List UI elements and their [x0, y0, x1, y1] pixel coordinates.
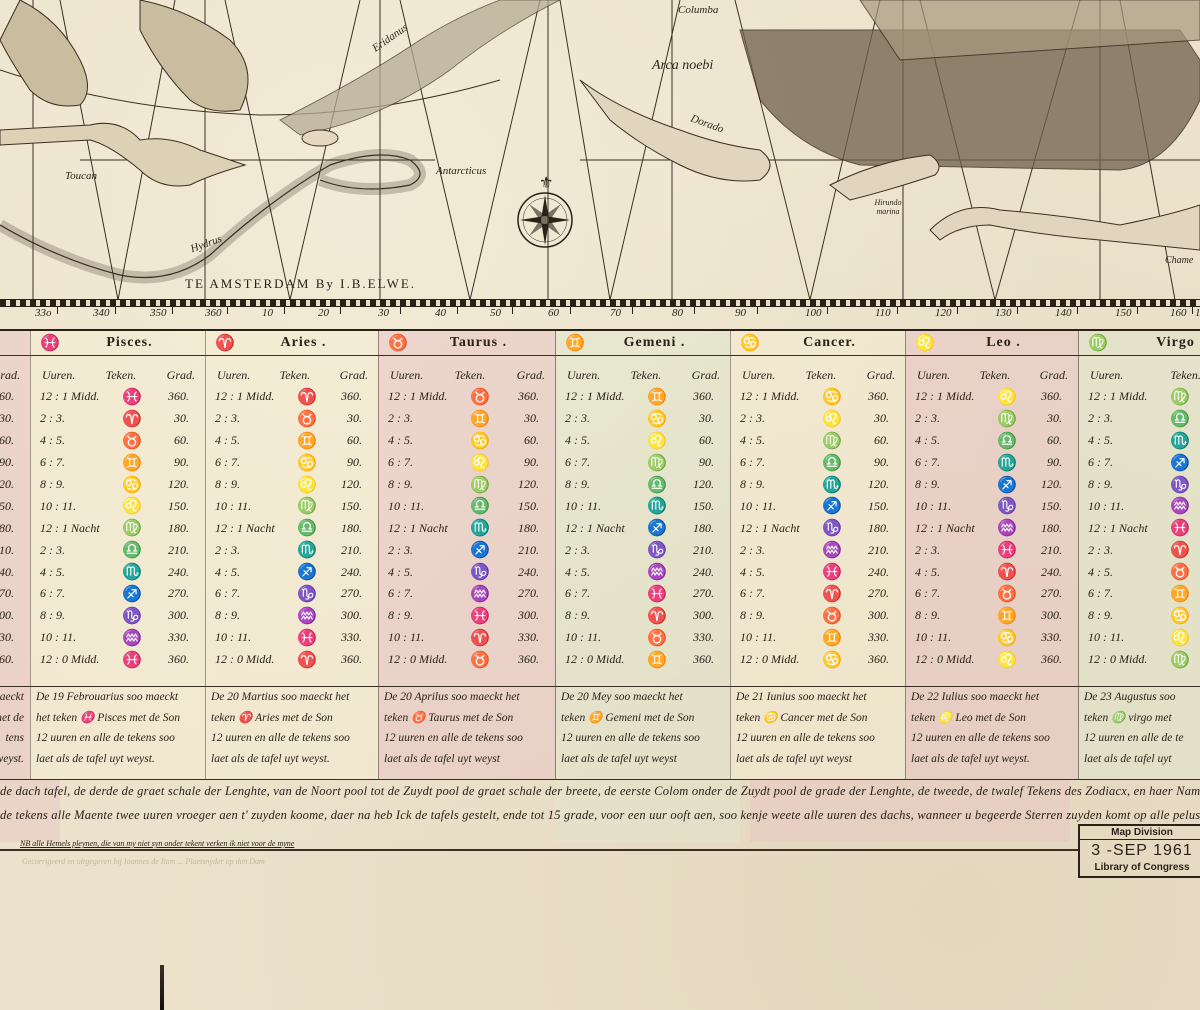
subheader-label: Grad. — [340, 368, 368, 384]
note-line: 12 uuren en alle de tekens soo — [36, 728, 199, 749]
table-row: 2 : 3.♋30. — [565, 408, 722, 430]
degree-cell: 210. — [1027, 543, 1070, 558]
zodiac-sign-icon: ♑ — [460, 562, 500, 582]
hours-cell: 12 : 1 Nacht — [1088, 521, 1160, 536]
subheader-label: Uuren. — [567, 368, 600, 384]
degree-cell: 30. — [500, 411, 547, 426]
note-line: 12 uuren en alle de tekens soo — [911, 728, 1072, 749]
degree-cell: 30. — [327, 411, 370, 426]
zodiac-sign-icon: ♈ — [637, 606, 677, 626]
hours-cell: 4 : 5. — [915, 565, 987, 580]
table-row: 2 : 3.♊30. — [388, 408, 547, 430]
hours-cell: 12 : 1 Nacht — [915, 521, 987, 536]
column-subheader: Uuren.Teken.Grad. — [555, 356, 730, 384]
table-row: 10 : 11.♒330. — [40, 627, 197, 649]
compass-rose-icon: ⚜ — [518, 175, 572, 247]
zodiac-sign-icon: ♉ — [287, 409, 327, 429]
zodiac-sign-icon: ♉ — [812, 606, 852, 626]
note-line: teken ♍ virgo met — [1084, 708, 1200, 729]
hours-cell: 12 : 1 Nacht — [565, 521, 637, 536]
hours-cell: 8 : 9. — [565, 608, 637, 623]
table-row: 4 : 5.♌60. — [565, 430, 722, 452]
table-row: 12 : 1 Nacht♏180. — [388, 517, 547, 539]
degree-cell: 180. — [152, 521, 197, 536]
table-row: 10 : 11.♑150. — [915, 495, 1070, 517]
table-row: 4 : 5.♊60. — [215, 430, 370, 452]
zodiac-column: ♍Virgo .Uuren.Teken.12 : 1 Midd.♍2 : 3.♎… — [1078, 331, 1200, 779]
hours-cell: 4 : 5. — [215, 433, 287, 448]
scale-tick — [1017, 306, 1018, 314]
degree-cell: 360. — [1027, 389, 1070, 404]
table-row: 6 : 7.♋90. — [215, 452, 370, 474]
hours-cell: 8 : 9. — [740, 608, 812, 623]
table-row: 12 : 1 Nacht♎180. — [215, 517, 370, 539]
degree-cell: 30. — [152, 411, 197, 426]
zodiac-sign-icon: ♋ — [987, 628, 1027, 648]
hours-cell: 12 : 1 Midd. — [565, 389, 637, 404]
degree-cell: 330. — [1027, 630, 1070, 645]
hours-cell: 2 : 3. — [40, 543, 112, 558]
note-line: 12 uuren en alle de tekens soo — [211, 728, 372, 749]
zodiac-sign-icon: ♍ — [112, 518, 152, 538]
note-line: maeckt — [0, 687, 24, 708]
hours-cell: 10 : 11. — [915, 499, 987, 514]
hours-cell: 6 : 7. — [1088, 455, 1160, 470]
degree-cell: 210. — [327, 543, 370, 558]
scale-label: 17 — [1195, 307, 1200, 319]
hours-cell: 10 : 11. — [915, 630, 987, 645]
degree-cell: 90. — [152, 455, 197, 470]
table-row: 8 : 9.♓300. — [388, 605, 547, 627]
explanation-line-1: de dach tafel, de derde de graet schale … — [0, 784, 1200, 799]
scale-label: 120 — [935, 307, 952, 319]
degree-cell: 240. — [852, 565, 897, 580]
note-line: De 19 Febrouarius soo maeckt — [36, 687, 199, 708]
table-row: 270. — [0, 583, 22, 605]
table-row: 10 : 11.♉330. — [565, 627, 722, 649]
zodiac-sign-icon: ♌ — [915, 333, 949, 353]
zodiac-sign-icon: ♈ — [287, 387, 327, 407]
table-row: 210. — [0, 539, 22, 561]
note-line: teken ♌ Leo met de Son — [911, 708, 1072, 729]
hours-cell: 10 : 11. — [740, 630, 812, 645]
degree-cell: 150. — [677, 499, 722, 514]
zodiac-sign-icon: ♏ — [287, 540, 327, 560]
zodiac-sign-icon: ♐ — [112, 584, 152, 604]
column-subheader: Grad. — [0, 356, 30, 384]
hours-cell: 12 : 1 Midd. — [215, 389, 287, 404]
note-line: teken ♈ Aries met de Son — [211, 708, 372, 729]
degree-cell: 360. — [852, 652, 897, 667]
zodiac-sign-icon: ♍ — [1160, 387, 1200, 407]
subheader-label: Teken. — [106, 368, 137, 384]
hours-cell: 4 : 5. — [565, 565, 637, 580]
zodiac-sign-icon: ♉ — [637, 628, 677, 648]
hours-cell: 12 : 1 Midd. — [40, 389, 112, 404]
table-row: 300. — [0, 605, 22, 627]
scale-tick — [632, 306, 633, 314]
zodiac-sign-icon: ♏ — [460, 518, 500, 538]
table-row: 8 : 9.♏120. — [740, 474, 897, 496]
table-row: 4 : 5.♓240. — [740, 561, 897, 583]
faint-publisher-line: Gecorrigeerd en uitgegeven bij Ioannes d… — [22, 857, 265, 866]
degree-scale: 33o3403503601020304050607080901001101201… — [0, 299, 1200, 333]
degree-cell: 300. — [152, 608, 197, 623]
degree-cell: 60. — [327, 433, 370, 448]
subheader-label: Grad. — [692, 368, 720, 384]
degree-cell: 330. — [0, 630, 22, 645]
table-row: 12 : 0 Midd.♍ — [1088, 649, 1200, 671]
hours-cell: 4 : 5. — [740, 565, 812, 580]
hours-cell: 12 : 0 Midd. — [565, 652, 637, 667]
table-row: 12 : 0 Midd.♊360. — [565, 649, 722, 671]
scale-label: 140 — [1055, 307, 1072, 319]
subheader-label: Uuren. — [742, 368, 775, 384]
zodiac-sign-icon: ♎ — [637, 475, 677, 495]
hours-cell: 6 : 7. — [565, 455, 637, 470]
table-row: 150. — [0, 495, 22, 517]
subheader-label: Teken. — [1170, 368, 1200, 384]
table-row: 60. — [0, 430, 22, 452]
hours-cell: 2 : 3. — [215, 543, 287, 558]
table-row: 120. — [0, 474, 22, 496]
table-row: 12 : 0 Midd.♈360. — [215, 649, 370, 671]
table-row: 10 : 11.♒ — [1088, 495, 1200, 517]
dorado-fish — [580, 80, 770, 181]
hours-cell: 4 : 5. — [40, 565, 112, 580]
hours-cell: 10 : 11. — [215, 630, 287, 645]
scale-tick — [400, 306, 401, 314]
hours-cell: 4 : 5. — [740, 433, 812, 448]
scale-tick — [457, 306, 458, 314]
hours-cell: 12 : 0 Midd. — [215, 652, 287, 667]
note-line: De 20 Martius soo maeckt het — [211, 687, 372, 708]
zodiac-sign-icon: ♌ — [460, 453, 500, 473]
column-header: ♊Gemeni . — [555, 331, 730, 356]
degree-cell: 30. — [0, 411, 22, 426]
degree-cell: 300. — [677, 608, 722, 623]
scale-label: 80 — [672, 307, 683, 319]
degree-cell: 60. — [852, 433, 897, 448]
hours-cell: 12 : 0 Midd. — [1088, 652, 1160, 667]
zodiac-sign-icon: ♌ — [287, 475, 327, 495]
hours-cell: 6 : 7. — [740, 455, 812, 470]
hours-cell: 6 : 7. — [215, 455, 287, 470]
table-row: 10 : 11.♊330. — [740, 627, 897, 649]
scale-tick — [1137, 306, 1138, 314]
zodiac-sign-icon: ♓ — [637, 584, 677, 604]
zodiac-sign-icon: ♋ — [812, 387, 852, 407]
note-line: teken ♋ Cancer met de Son — [736, 708, 899, 729]
svg-text:⚜: ⚜ — [539, 175, 553, 192]
zodiac-sign-icon: ♉ — [112, 431, 152, 451]
degree-cell: 210. — [500, 543, 547, 558]
table-row: 4 : 5.♍60. — [740, 430, 897, 452]
degree-cell: 60. — [677, 433, 722, 448]
hours-cell: 2 : 3. — [565, 543, 637, 558]
phoenix-bird — [0, 0, 88, 106]
note-line: 12 uuren en alle de tekens soo — [736, 728, 899, 749]
table-row: 2 : 3.♈30. — [40, 408, 197, 430]
scale-label: 60 — [548, 307, 559, 319]
note-line: laet als de tafel uyt weyst — [384, 749, 549, 770]
note-line: De 20 Mey soo maeckt het — [561, 687, 724, 708]
zodiac-sign-icon: ♍ — [287, 496, 327, 516]
zodiac-sign-icon: ♓ — [987, 540, 1027, 560]
scale-tick — [172, 306, 173, 314]
table-row: 8 : 9.♈300. — [565, 605, 722, 627]
zodiac-sign-icon: ♎ — [1160, 409, 1200, 429]
table-row: 8 : 9.♋ — [1088, 605, 1200, 627]
hours-cell: 6 : 7. — [215, 586, 287, 601]
zodiac-sign-icon: ♑ — [1160, 475, 1200, 495]
subheader-label: Teken. — [455, 368, 486, 384]
scale-tick — [757, 306, 758, 314]
column-header: ♉Taurus . — [378, 331, 555, 356]
note-line: 12 uuren en alle de te — [1084, 728, 1200, 749]
hours-cell: 2 : 3. — [215, 411, 287, 426]
column-note: De 20 Aprilus soo maeckt hetteken ♉ Taur… — [378, 686, 555, 769]
hours-cell: 4 : 5. — [1088, 433, 1160, 448]
subheader-label: Uuren. — [217, 368, 250, 384]
label-arca-noebi: Arca noebi — [652, 58, 713, 74]
hours-cell: 6 : 7. — [40, 586, 112, 601]
table-row: 2 : 3.♌30. — [740, 408, 897, 430]
scale-label: 40 — [435, 307, 446, 319]
degree-cell: 60. — [0, 433, 22, 448]
hours-cell: 8 : 9. — [388, 477, 460, 492]
subheader-label: Grad. — [517, 368, 545, 384]
table-row: 330. — [0, 627, 22, 649]
scale-label: 50 — [490, 307, 501, 319]
degree-cell: 240. — [1027, 565, 1070, 580]
degree-cell: 120. — [677, 477, 722, 492]
table-row: 30. — [0, 408, 22, 430]
degree-cell: 360. — [677, 652, 722, 667]
zodiac-sign-icon: ♌ — [112, 496, 152, 516]
hours-cell: 12 : 1 Nacht — [740, 521, 812, 536]
hours-cell: 6 : 7. — [565, 586, 637, 601]
table-row: 2 : 3.♐210. — [388, 539, 547, 561]
explanation-line-2: de tekens alle Maente twee uuren vroeger… — [0, 808, 1200, 823]
table-row: 10 : 11.♍150. — [215, 495, 370, 517]
column-subheader: Uuren.Teken.Grad. — [30, 356, 205, 384]
zodiac-sign-icon: ♌ — [812, 409, 852, 429]
table-row: 2 : 3.♏210. — [215, 539, 370, 561]
column-header: ♍Virgo . — [1078, 331, 1200, 356]
table-row: 2 : 3.♑210. — [565, 539, 722, 561]
degree-cell: 150. — [1027, 499, 1070, 514]
degree-cell: 360. — [152, 652, 197, 667]
hours-cell: 2 : 3. — [40, 411, 112, 426]
note-line: De 22 Iulius soo maeckt het — [911, 687, 1072, 708]
table-row: 4 : 5.♈240. — [915, 561, 1070, 583]
degree-cell: 90. — [0, 455, 22, 470]
zodiac-sign-icon: ♈ — [112, 409, 152, 429]
hours-cell: 12 : 1 Midd. — [740, 389, 812, 404]
column-subheader: Uuren.Teken.Grad. — [905, 356, 1078, 384]
note-line: het teken ♓ Pisces met de Son — [36, 708, 199, 729]
table-row: 6 : 7.♈270. — [740, 583, 897, 605]
scale-tick — [897, 306, 898, 314]
subheader-label: Teken. — [631, 368, 662, 384]
table-row: 4 : 5.♋60. — [388, 430, 547, 452]
zodiac-sign-icon: ♈ — [215, 333, 249, 353]
table-row: 6 : 7.♌90. — [388, 452, 547, 474]
zodiac-sign-name: Pisces. — [74, 335, 205, 351]
degree-cell: 330. — [852, 630, 897, 645]
scale-tick — [115, 306, 116, 314]
hours-cell: 2 : 3. — [388, 411, 460, 426]
table-row: 6 : 7.♐270. — [40, 583, 197, 605]
table-row: 180. — [0, 517, 22, 539]
scale-label: 150 — [1115, 307, 1132, 319]
zodiac-sign-icon: ♓ — [1160, 518, 1200, 538]
table-row: 12 : 1 Nacht♑180. — [740, 517, 897, 539]
subheader-label: Teken. — [980, 368, 1011, 384]
scale-bar — [0, 299, 1200, 307]
column-header: ♌Leo . — [905, 331, 1078, 356]
library-stamp: Map Division 3 -SEP 1961 Library of Cong… — [1078, 824, 1200, 878]
subheader-label: Uuren. — [42, 368, 75, 384]
hours-cell: 6 : 7. — [915, 586, 987, 601]
scale-label: 30 — [378, 307, 389, 319]
hours-cell: 10 : 11. — [388, 499, 460, 514]
degree-cell: 210. — [0, 543, 22, 558]
zodiac-sign-icon: ♍ — [460, 475, 500, 495]
degree-cell: 330. — [327, 630, 370, 645]
zodiac-sign-icon: ♐ — [812, 496, 852, 516]
degree-cell: 90. — [327, 455, 370, 470]
degree-cell: 300. — [1027, 608, 1070, 623]
table-row: 4 : 5.♑240. — [388, 561, 547, 583]
zodiac-column: ♈Aries .Uuren.Teken.Grad.12 : 1 Midd.♈36… — [205, 331, 379, 779]
hours-cell: 10 : 11. — [388, 630, 460, 645]
degree-cell: 360. — [152, 389, 197, 404]
zodiac-sign-icon: ♉ — [987, 584, 1027, 604]
degree-cell: 210. — [852, 543, 897, 558]
column-note: maecktmet detensweyst. — [0, 686, 30, 769]
table-row: 6 : 7.♍90. — [565, 452, 722, 474]
degree-cell: 150. — [500, 499, 547, 514]
zodiac-sign-icon: ♏ — [637, 496, 677, 516]
zodiac-sign-icon: ♎ — [287, 518, 327, 538]
hours-cell: 4 : 5. — [215, 565, 287, 580]
column-subheader: Uuren.Teken. — [1078, 356, 1200, 384]
table-row: 4 : 5.♏240. — [40, 561, 197, 583]
note-line: laet als de tafel uyt weyst — [736, 749, 899, 770]
note-line: laet als de tafel uyt weyst. — [911, 749, 1072, 770]
stamp-date: 3 -SEP 1961 — [1080, 840, 1200, 862]
zodiac-sign-icon: ♋ — [637, 409, 677, 429]
hours-cell: 6 : 7. — [740, 586, 812, 601]
zodiac-sign-icon: ♈ — [287, 650, 327, 670]
scale-label: 340 — [93, 307, 110, 319]
column-header: ♈Aries . — [205, 331, 378, 356]
zodiac-sign-icon: ♈ — [460, 628, 500, 648]
degree-cell: 120. — [852, 477, 897, 492]
table-row: 2 : 3.♍30. — [915, 408, 1070, 430]
zodiac-column: ♊Gemeni .Uuren.Teken.Grad.12 : 1 Midd.♊3… — [555, 331, 731, 779]
table-row: 2 : 3.♓210. — [915, 539, 1070, 561]
paper-tear — [160, 965, 164, 1010]
zodiac-sign-icon: ♋ — [287, 453, 327, 473]
zodiac-sign-name: Cancer. — [774, 335, 905, 351]
degree-cell: 120. — [1027, 477, 1070, 492]
note-line: teken ♉ Taurus met de Son — [384, 708, 549, 729]
zodiac-sign-icon: ♒ — [637, 562, 677, 582]
degree-cell: 360. — [0, 389, 22, 404]
zodiac-sign-icon: ♌ — [1160, 628, 1200, 648]
degree-cell: 210. — [677, 543, 722, 558]
subheader-label: Teken. — [280, 368, 311, 384]
scale-label: 350 — [150, 307, 167, 319]
zodiac-sign-icon: ♓ — [40, 333, 74, 353]
zodiac-sign-icon: ♌ — [637, 431, 677, 451]
table-row: 2 : 3.♎ — [1088, 408, 1200, 430]
note-line: De 23 Augustus soo — [1084, 687, 1200, 708]
column-header — [0, 331, 30, 356]
table-row: 4 : 5.♏ — [1088, 430, 1200, 452]
zodiac-sign-name: Virgo . — [1122, 335, 1200, 351]
zodiac-sign-name: Aries . — [249, 335, 378, 351]
zodiac-sign-icon: ♑ — [637, 540, 677, 560]
zodiac-sign-icon: ♋ — [1160, 606, 1200, 626]
degree-cell: 360. — [500, 389, 547, 404]
zodiac-sign-icon: ♒ — [987, 518, 1027, 538]
table-row: 10 : 11.♌ — [1088, 627, 1200, 649]
subheader-label: Grad. — [1040, 368, 1068, 384]
note-line: laet als de tafel uyt weyst — [561, 749, 724, 770]
zodiac-sign-icon: ♊ — [112, 453, 152, 473]
degree-cell: 270. — [677, 586, 722, 601]
column-note: De 20 Mey soo maeckt hetteken ♊ Gemeni m… — [555, 686, 730, 769]
zodiac-sign-icon: ♍ — [987, 409, 1027, 429]
table-row: 12 : 1 Nacht♍180. — [40, 517, 197, 539]
hours-cell: 4 : 5. — [388, 433, 460, 448]
zodiac-sign-icon: ♈ — [1160, 540, 1200, 560]
zodiac-sign-icon: ♑ — [287, 584, 327, 604]
degree-cell: 60. — [152, 433, 197, 448]
scale-label: 70 — [610, 307, 621, 319]
hours-cell: 2 : 3. — [915, 411, 987, 426]
stamp-library: Library of Congress — [1080, 862, 1200, 874]
table-row: 6 : 7.♎90. — [740, 452, 897, 474]
degree-cell: 300. — [852, 608, 897, 623]
degree-cell: 360. — [327, 652, 370, 667]
degree-cell: 150. — [152, 499, 197, 514]
hours-cell: 12 : 1 Midd. — [915, 389, 987, 404]
table-row: 12 : 1 Midd.♋360. — [740, 386, 897, 408]
zodiac-sign-icon: ♎ — [812, 453, 852, 473]
zodiac-sign-icon: ♋ — [112, 475, 152, 495]
table-row: 12 : 1 Midd.♉360. — [388, 386, 547, 408]
table-row: 12 : 1 Midd.♓360. — [40, 386, 197, 408]
table-row: 240. — [0, 561, 22, 583]
zodiac-sign-icon: ♊ — [812, 628, 852, 648]
zodiac-sign-icon: ♏ — [812, 475, 852, 495]
degree-cell: 150. — [327, 499, 370, 514]
scale-tick — [570, 306, 571, 314]
column-subheader: Uuren.Teken.Grad. — [205, 356, 378, 384]
hours-cell: 4 : 5. — [40, 433, 112, 448]
table-row: 12 : 1 Nacht♒180. — [915, 517, 1070, 539]
toucan-figure — [0, 123, 245, 186]
subheader-label: Uuren. — [390, 368, 423, 384]
hours-cell: 2 : 3. — [1088, 543, 1160, 558]
scale-label: 130 — [995, 307, 1012, 319]
column-header: ♓Pisces. — [30, 331, 205, 356]
